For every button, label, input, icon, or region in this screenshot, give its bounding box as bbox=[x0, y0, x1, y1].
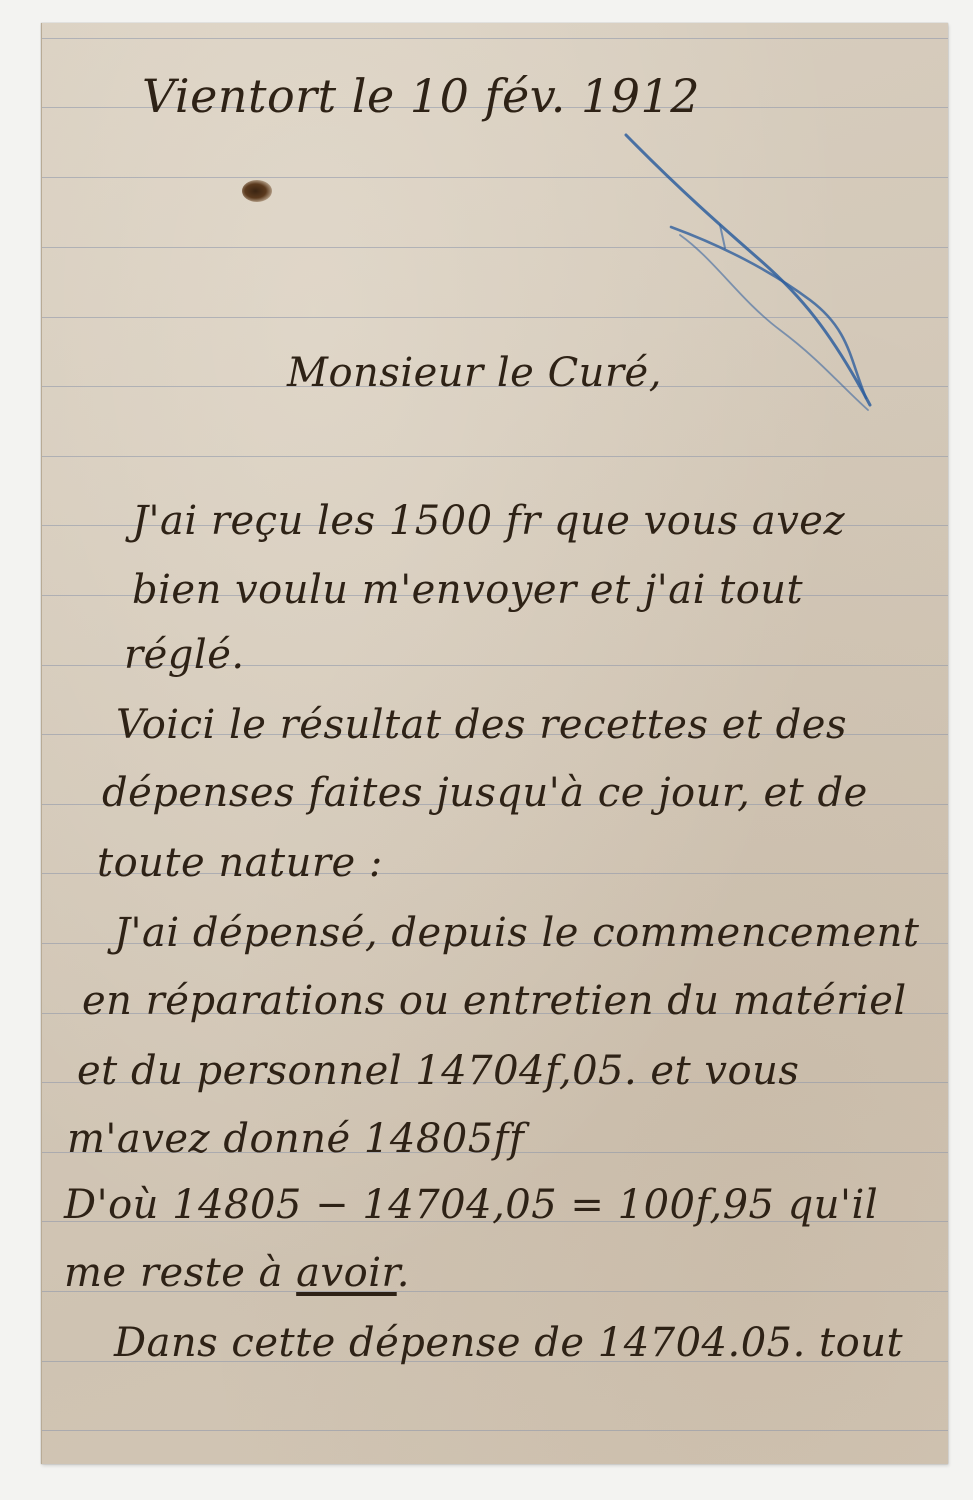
ruled-line bbox=[42, 317, 948, 318]
letter-body-line: D'où 14805 − 14704,05 = 100f,95 qu'il bbox=[64, 1185, 878, 1225]
ruled-line bbox=[42, 456, 948, 457]
letter-body-line: et du personnel 14704f,05. et vous bbox=[77, 1051, 799, 1091]
letter-body-line: J'ai dépensé, depuis le commencement bbox=[114, 913, 919, 953]
ink-stain bbox=[242, 180, 272, 202]
letter-body-line: J'ai reçu les 1500 fr que vous avez bbox=[132, 501, 845, 541]
letter-body-line: bien voulu m'envoyer et j'ai tout bbox=[132, 570, 803, 610]
letter-body-line: m'avez donné 14805ff bbox=[67, 1119, 524, 1159]
letter-body-line: en réparations ou entretien du matériel bbox=[82, 981, 907, 1021]
ruled-line bbox=[42, 1430, 948, 1431]
letter-body-line: Voici le résultat des recettes et des bbox=[116, 705, 847, 745]
letter-body-line: dépenses faites jusqu'à ce jour, et de bbox=[102, 773, 868, 813]
ruled-line bbox=[42, 177, 948, 178]
ruled-line bbox=[42, 38, 948, 39]
letter-body-line: toute nature : bbox=[97, 843, 383, 883]
letter-body-line: me reste à avoir. bbox=[64, 1253, 410, 1293]
underlined-word: avoir bbox=[296, 1250, 397, 1296]
letter-text-segment: me reste à bbox=[64, 1250, 296, 1296]
letter-body-line: réglé. bbox=[124, 635, 245, 675]
letter-paper: Vientort le 10 fév. 1912 Monsieur le Cur… bbox=[41, 23, 948, 1464]
letter-text-segment: . bbox=[397, 1250, 410, 1296]
ruled-line bbox=[42, 247, 948, 248]
letter-salutation: Monsieur le Curé, bbox=[287, 353, 662, 393]
letter-body-line: Dans cette dépense de 14704.05. tout bbox=[114, 1323, 903, 1363]
letter-dateline: Vientort le 10 fév. 1912 bbox=[142, 73, 700, 119]
